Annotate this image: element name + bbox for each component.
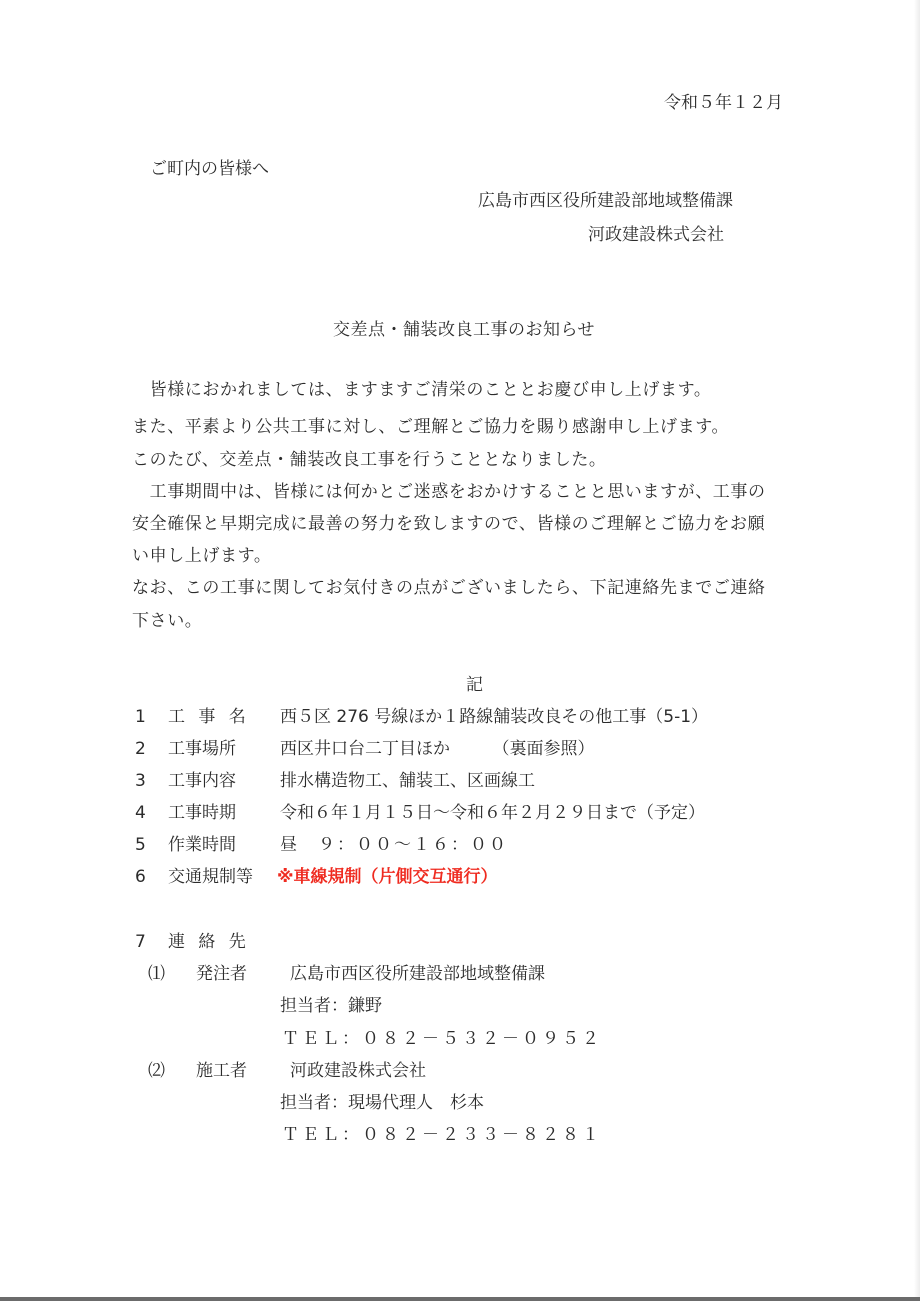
body-line: 皆様におかれましては、ますますご清栄のこととお慶び申し上げます。 (132, 382, 711, 399)
scan-edge-right (914, 0, 920, 1301)
item-number: 2 (135, 741, 155, 758)
contact-organization: 河政建設株式会社 (290, 1063, 426, 1080)
sender-city-office: 広島市西区役所建設部地域整備課 (478, 193, 733, 210)
contact-phone: ＴＥＬ：０８２－５３２－０９５２ (282, 1031, 602, 1048)
item-label: 交通規制等 (168, 869, 253, 886)
item-number: 4 (135, 805, 155, 822)
traffic-restriction-notice: ※車線規制（片側交互通行） (277, 869, 498, 886)
document-date: 令和５年１２月 (664, 95, 783, 112)
body-line: なお、この工事に関してお気付きの点がございましたら、下記連絡先までご連絡 (132, 580, 766, 597)
body-line: また、平素より公共工事に対し、ご理解とご協力を賜り感謝申し上げます。 (132, 419, 729, 436)
item-label: 工事場所 (168, 741, 236, 758)
contact-index: ⑵ (148, 1063, 165, 1080)
item-number: 1 (135, 709, 155, 726)
contact-index: ⑴ (148, 966, 165, 983)
document-title: 交差点・舗装改良工事のお知らせ (333, 322, 595, 339)
item-label: 工 事 名 (168, 709, 250, 726)
body-line: このたび、交差点・舗装改良工事を行うこととなりました。 (132, 452, 607, 469)
scan-edge-bottom (0, 1297, 920, 1301)
contact-phone: ＴＥＬ：０８２－２３３－８２８１ (282, 1127, 602, 1144)
body-line: い申し上げます。 (132, 548, 271, 565)
item-value: 令和６年１月１５日～令和６年２月２９日まで（予定） (280, 805, 705, 822)
item-value: 西５区 276 号線ほか１路線舗装改良その他工事（5-1） (280, 709, 708, 726)
addressee: ご町内の皆様へ (150, 161, 269, 178)
body-line: 下さい。 (132, 613, 202, 630)
item-number: 7 (135, 934, 155, 951)
item-number: 5 (135, 837, 155, 854)
item-label: 工事内容 (168, 773, 236, 790)
item-value: 西区井口台二丁目ほか （裏面参照） (280, 741, 595, 758)
item-number: 3 (135, 773, 155, 790)
sender-contractor: 河政建設株式会社 (588, 227, 724, 244)
contact-role: 施工者 (196, 1063, 247, 1080)
record-heading: 記 (466, 677, 483, 694)
contact-person: 担当者：鎌野 (280, 998, 382, 1015)
body-line: 安全確保と早期完成に最善の努力を致しますので、皆様のご理解とご協力をお願 (132, 516, 765, 533)
contact-role: 発注者 (196, 966, 247, 983)
item-label: 作業時間 (168, 837, 236, 854)
body-line: 工事期間中は、皆様には何かとご迷惑をおかけすることと思いますが、工事の (132, 484, 766, 501)
item-value: 昼 ９：００～１６：００ (280, 837, 508, 854)
item-number: 6 (135, 869, 155, 886)
item-value: 排水構造物工、舗装工、区画線工 (280, 773, 535, 790)
contact-heading: 連 絡 先 (168, 934, 250, 951)
contact-organization: 広島市西区役所建設部地域整備課 (290, 966, 545, 983)
item-label: 工事時期 (168, 805, 236, 822)
contact-person: 担当者：現場代理人 杉本 (280, 1095, 484, 1112)
